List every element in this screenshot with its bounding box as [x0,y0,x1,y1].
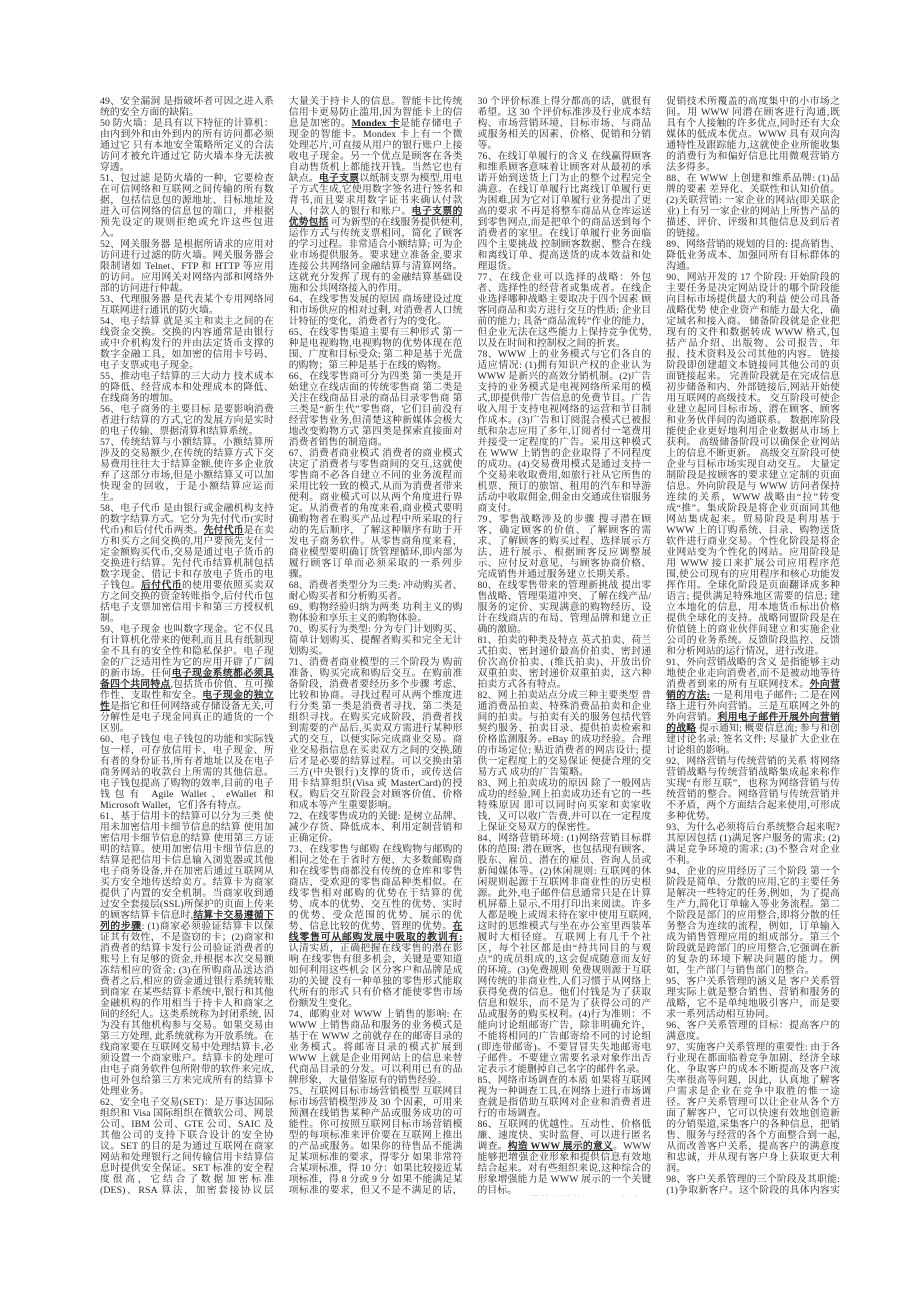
note-item: 65、在线零售渠道主要有三种形式 第一种是电视购物,电视购物的优势体现在范围、广… [289,327,463,371]
note-item: 95、客户关系管理的涵义是 客户关系管理实际上就是整合销售、营销和服务的战略，它… [666,976,840,1020]
note-item: 64、在线零售发展的原因 商场建设过度和市场供应的相对过剩, 对消费者人口统计特… [289,294,463,327]
note-item: 78、WWW 上的业务模式与它们各自的适应情况: (1)拥有知识产权的企业认为 … [478,349,652,514]
note-item: 68、消费者类型分为三类: 冲动购买者、耐心购买者和分析购买者。 [289,580,463,602]
note-item: 72、在线零售成功的关键: 是树立品牌、减少存货、降低成本、利用定制营销和正确定… [289,811,463,844]
note-item: 93、为什么必须将后台系统整合起来呢? 其原因包括 (1)满足客户服务的需求; … [666,822,840,866]
note-item: 75、互联网目标市场营销模型 互联网目标市场营销模型涉及 30 个因素，可用来预… [289,1086,463,1196]
note-item: 69、购物经验归纳为两类 功利主义的购物体验和享乐主义的购物体验。 [289,602,463,624]
note-item: 81、拍卖的种类及特点 英式拍卖、荷兰式拍卖、密封递价最高价拍卖、密封递价次高价… [478,635,652,690]
note-item: 71、消费者商业模型的三个阶段为 购前准备、购买完成和购后交互。在购前准备阶段，… [289,657,463,811]
note-item: 77、在线企业可以选择的战略：外包者、选择性的经营者或集成者。在线企业选择哪种战… [478,272,652,349]
note-item: 70、购买行为类型: 分为专门计划购买、简单计划购买、提醒者购买和完全无计划购买… [289,624,463,657]
note-item: 76、在线订单履行的含义 在线赢得顾客和维系顾客意味着让顾客对从最初的承诺开始到… [478,151,652,272]
note-item: 85、网络市场调查的本质 如果将互联网视为一种调查工具,在网络上进行市场调查就是… [478,1075,652,1119]
note-item: 73、在线零售与邮购 在线购物与邮购的相同之处在于省时方便、大多数邮购商和在线零… [289,844,463,1009]
note-item: 56、电子商务的主要目标 是要影响消费者进行结算的方式,它的发展方向是实时的电子… [100,404,274,437]
note-item: 80、在线零售带来的管理新挑战 提出零售战略、管理渠道冲突、了解在线产品/服务的… [478,580,652,635]
note-item: 大量关于持卡人的信息。智能卡比传统信用卡更易防止滥用,因为智能卡上的信息是加密的… [289,96,463,294]
note-item: 57、传统结算与小额结算。小额结算所涉及的交易额少,在传统的结算方式下交易费用往… [100,437,274,503]
note-item: 89、网络营销的规划的目的: 提高销售、降低业务成本、加强同所有目标群体的沟通。 [666,239,840,272]
note-item: 67、消费者商业模式 消费者的商业模式决定了消费者与零售商间的交互,这就使零售商… [289,448,463,580]
note-item: 30 个评价标准上得分都高的话，就很有希望。这 30 个评价标准涉及行业成本结构… [478,96,652,151]
note-item: 49、安全漏洞 是指破坏者可因之进入系统的安全方面的缺陷。 [100,96,274,118]
note-item: 促销技术所覆盖的高度集中的小市场之间。用 WWW 同潜在顾客进行沟通,既具有个人… [666,96,840,173]
notes-column-2: 大量关于持卡人的信息。智能卡比传统信用卡更易防止滥用,因为智能卡上的信息是加密的… [289,96,463,1196]
note-item: 62、安全电子交易(SET)：是万事达国际组织和 Visa 国际组织在微软公司、… [100,1097,274,1196]
notes-column-1: 49、安全漏洞 是指破坏者可因之进入系统的安全方面的缺陷。50 防火墙：是具有以… [100,96,274,1196]
note-item: 60、电子钱包 电子钱包的功能和实际钱包一样，可存放信用卡、电子现金、所有者的身… [100,734,274,811]
note-item: 50 防火墙：是具有以下特征的计算机：由内到外和由外到内的所有访问都必须通过它 … [100,118,274,173]
note-item: 61、基于信用卡的结算可以分为三类 使用未加密信用卡细节信息的结算 使用加密信用… [100,811,274,1097]
notes-text-block: 49、安全漏洞 是指破坏者可因之进入系统的安全方面的缺陷。50 防火墙：是具有以… [100,96,840,1196]
note-item: 83、网上拍卖成功的原因 除了一般网店成功的经验,网上拍卖成功还有它的一些特殊原… [478,778,652,833]
note-item: 86、互联网的优越性。互动性、价格低廉、速度快、实时监督、可以进行匿名调查。构造… [478,1119,652,1196]
note-item: 52、网关服务器 是根据所请求的应用对访问进行过滤的防火墙。网关服务器会限制诸如… [100,239,274,294]
note-item: 97、实施客户关系管理的重要性: 由于各行业现在都面临着竞争加剧、经济全球化、争… [666,1042,840,1174]
note-item: 84、网络营销环境: (1)网络营销目标群体的范围: 潜在顾客，也包括现有顾客、… [478,833,652,1075]
document-page: 49、安全漏洞 是指破坏者可因之进入系统的安全方面的缺陷。50 防火墙：是具有以… [0,0,920,1302]
note-item: 82、网上拍卖站点分成三种主要类型 普通消费品拍卖、特殊消费品拍卖和企业间的拍卖… [478,690,652,778]
note-item: 98、客户关系管理的三个阶段及其职能: (1)争取新客户。这个阶段的具体内容实际… [666,1174,840,1196]
notes-column-3: 30 个评价标准上得分都高的话，就很有希望。这 30 个评价标准涉及行业成本结构… [478,96,652,1196]
note-item: 66、在线零售商可分为四类 第一类是开始建立在线店面的传统零售商 第二类是关注在… [289,371,463,448]
note-item: 74、邮购业对 WWW 上销售的影响: 在 WWW 上销售商品和服务的业务模式是… [289,1009,463,1086]
note-item: 54、电子结算 就是买主和卖主之间的在线资金交换。交换的内容通常是由银行或中介机… [100,316,274,371]
note-item: 79、零售战略涉及的步骤 搜寻潜在顾客、确定顾客的价值、了解顾客的需求、了解顾客… [478,514,652,580]
note-item: 51、包过滤 是防火墙的一种，它要检查在可信网络和互联网之间传输的所有数据，包括… [100,173,274,239]
note-item: 55、推动电子结算的三大动力 技术成本的降低、经营成本和处理成本的降低、在线商务… [100,371,274,404]
notes-column-4: 促销技术所覆盖的高度集中的小市场之间。用 WWW 同潜在顾客进行沟通,既具有个人… [666,96,840,1196]
note-item: 92、网络营销与传统营销的关系 将网络营销战略与传统营销战略集成起来称作实现“有… [666,756,840,822]
note-item: 58、电子代币 是由银行或金融机构支持的数字结算方式。它分为先付代币(实时代币)… [100,503,274,624]
note-item: 91、外向营销战略的含义 是指能够主动地使企业走向消费者,而不是被动地等待消费者… [666,657,840,756]
note-item: 96、客户关系管理的目标：提高客户的满意度。 [666,1020,840,1042]
note-item: 59、电子现金 也叫数字现金。它不仅具有计算机化带来的便利,而且具有纸制现金不具… [100,624,274,734]
note-item: 94、企业的应用经历了三个阶段 第一个阶段是简单、分散的应用,它的主要任务是解决… [666,866,840,976]
note-item: 90、网站开发的 17 个阶段: 开始阶段的主要任务是决定网站设计的哪个阶段能向… [666,272,840,657]
note-item: 88、在 WWW 上创建和维系品牌: (1)品牌的要素 差异化、关联性和认知价值… [666,173,840,239]
note-item: 53、代理服务器 是代表某个专用网络同互联网进行通讯的防火墙。 [100,294,274,316]
